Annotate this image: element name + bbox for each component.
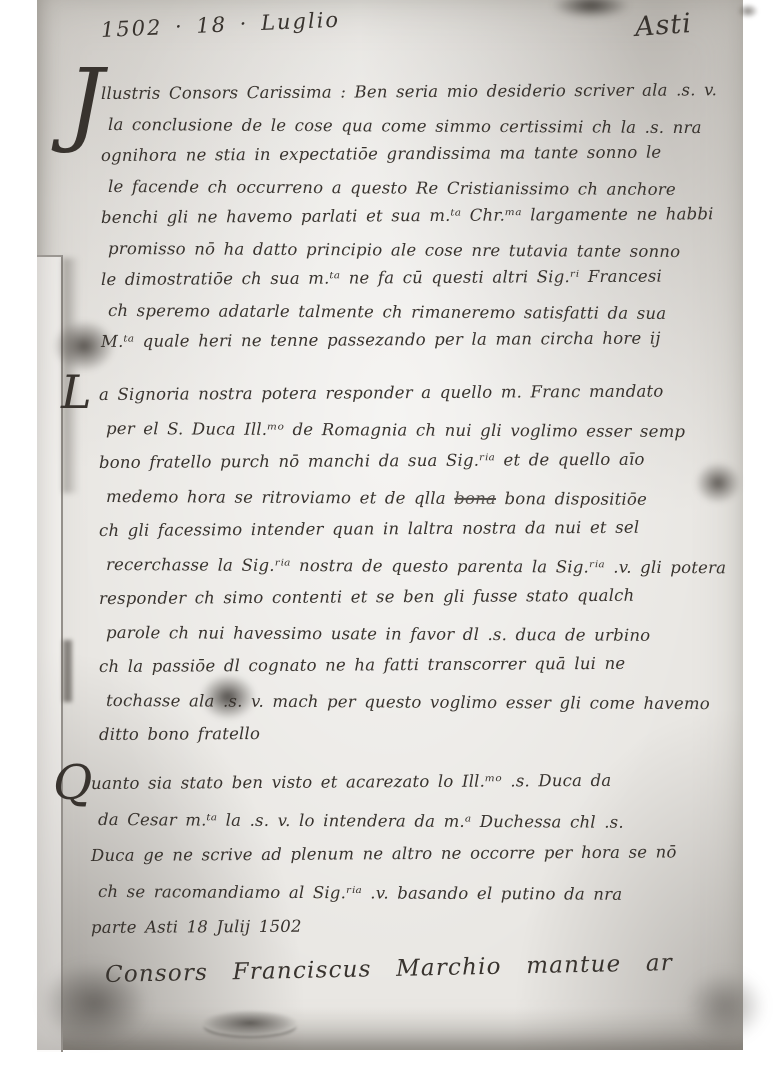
manuscript-line: bono fratello purch nō manchi da sua Sig… (99, 442, 726, 480)
manuscript-line: Duca ge ne scrive ad plenum ne altro ne … (91, 834, 677, 874)
manuscript-line: le dimostratiōe ch sua m.ᵗᵃ ne fa cū que… (101, 260, 717, 295)
manuscript-line: ditto bono fratello (99, 714, 726, 752)
drop-cap: Q (53, 764, 92, 802)
manuscript-line: uanto sia stato ben visto et acarezato l… (91, 762, 677, 802)
place-name: Asti (634, 8, 693, 43)
date-line: 1502 · 18 · Luglio (100, 8, 340, 42)
paragraph: Quanto sia stato ben visto et acarezato … (53, 766, 677, 946)
manuscript-line: parte Asti 18 Julij 1502 (91, 906, 677, 946)
manuscript-line: ch la passiōe dl cognato ne ha fatti tra… (99, 646, 726, 684)
paragraph: La Signoria nostra potera responder a qu… (61, 378, 726, 752)
top-edge-smudge (552, 0, 630, 18)
signature-line: Consors Franciscus Marchio mantue ar (105, 950, 673, 988)
manuscript-line: ognihora ne stia in expectatiōe grandiss… (101, 136, 717, 171)
manuscript-line: M.ᵗᵃ quale heri ne tenne passezando per … (101, 322, 717, 357)
scan-page: 1502 · 18 · Luglio Asti Jllustris Consor… (0, 0, 773, 1082)
struck-word: bona (454, 489, 496, 508)
drop-cap: L (61, 374, 92, 411)
manuscript-line: a Signoria nostra potera responder a que… (99, 374, 726, 412)
corner-smudge-bottom-right (675, 962, 773, 1050)
manuscript-photo: 1502 · 18 · Luglio Asti Jllustris Consor… (37, 0, 743, 1050)
folio-corner-mark (734, 1, 762, 21)
paragraph: Jllustris Consors Carissima : Ben seria … (67, 78, 717, 357)
manuscript-line: responder ch simo contenti et se ben gli… (99, 578, 726, 616)
archive-stamp (202, 1010, 298, 1036)
manuscript-line: ch gli facessimo intender quan in laltra… (99, 510, 726, 548)
drop-cap: J (67, 70, 104, 136)
manuscript-line: llustris Consors Carissima : Ben seria m… (101, 74, 717, 109)
manuscript-line: benchi gli ne havemo parlati et sua m.ᵗᵃ… (101, 198, 717, 233)
